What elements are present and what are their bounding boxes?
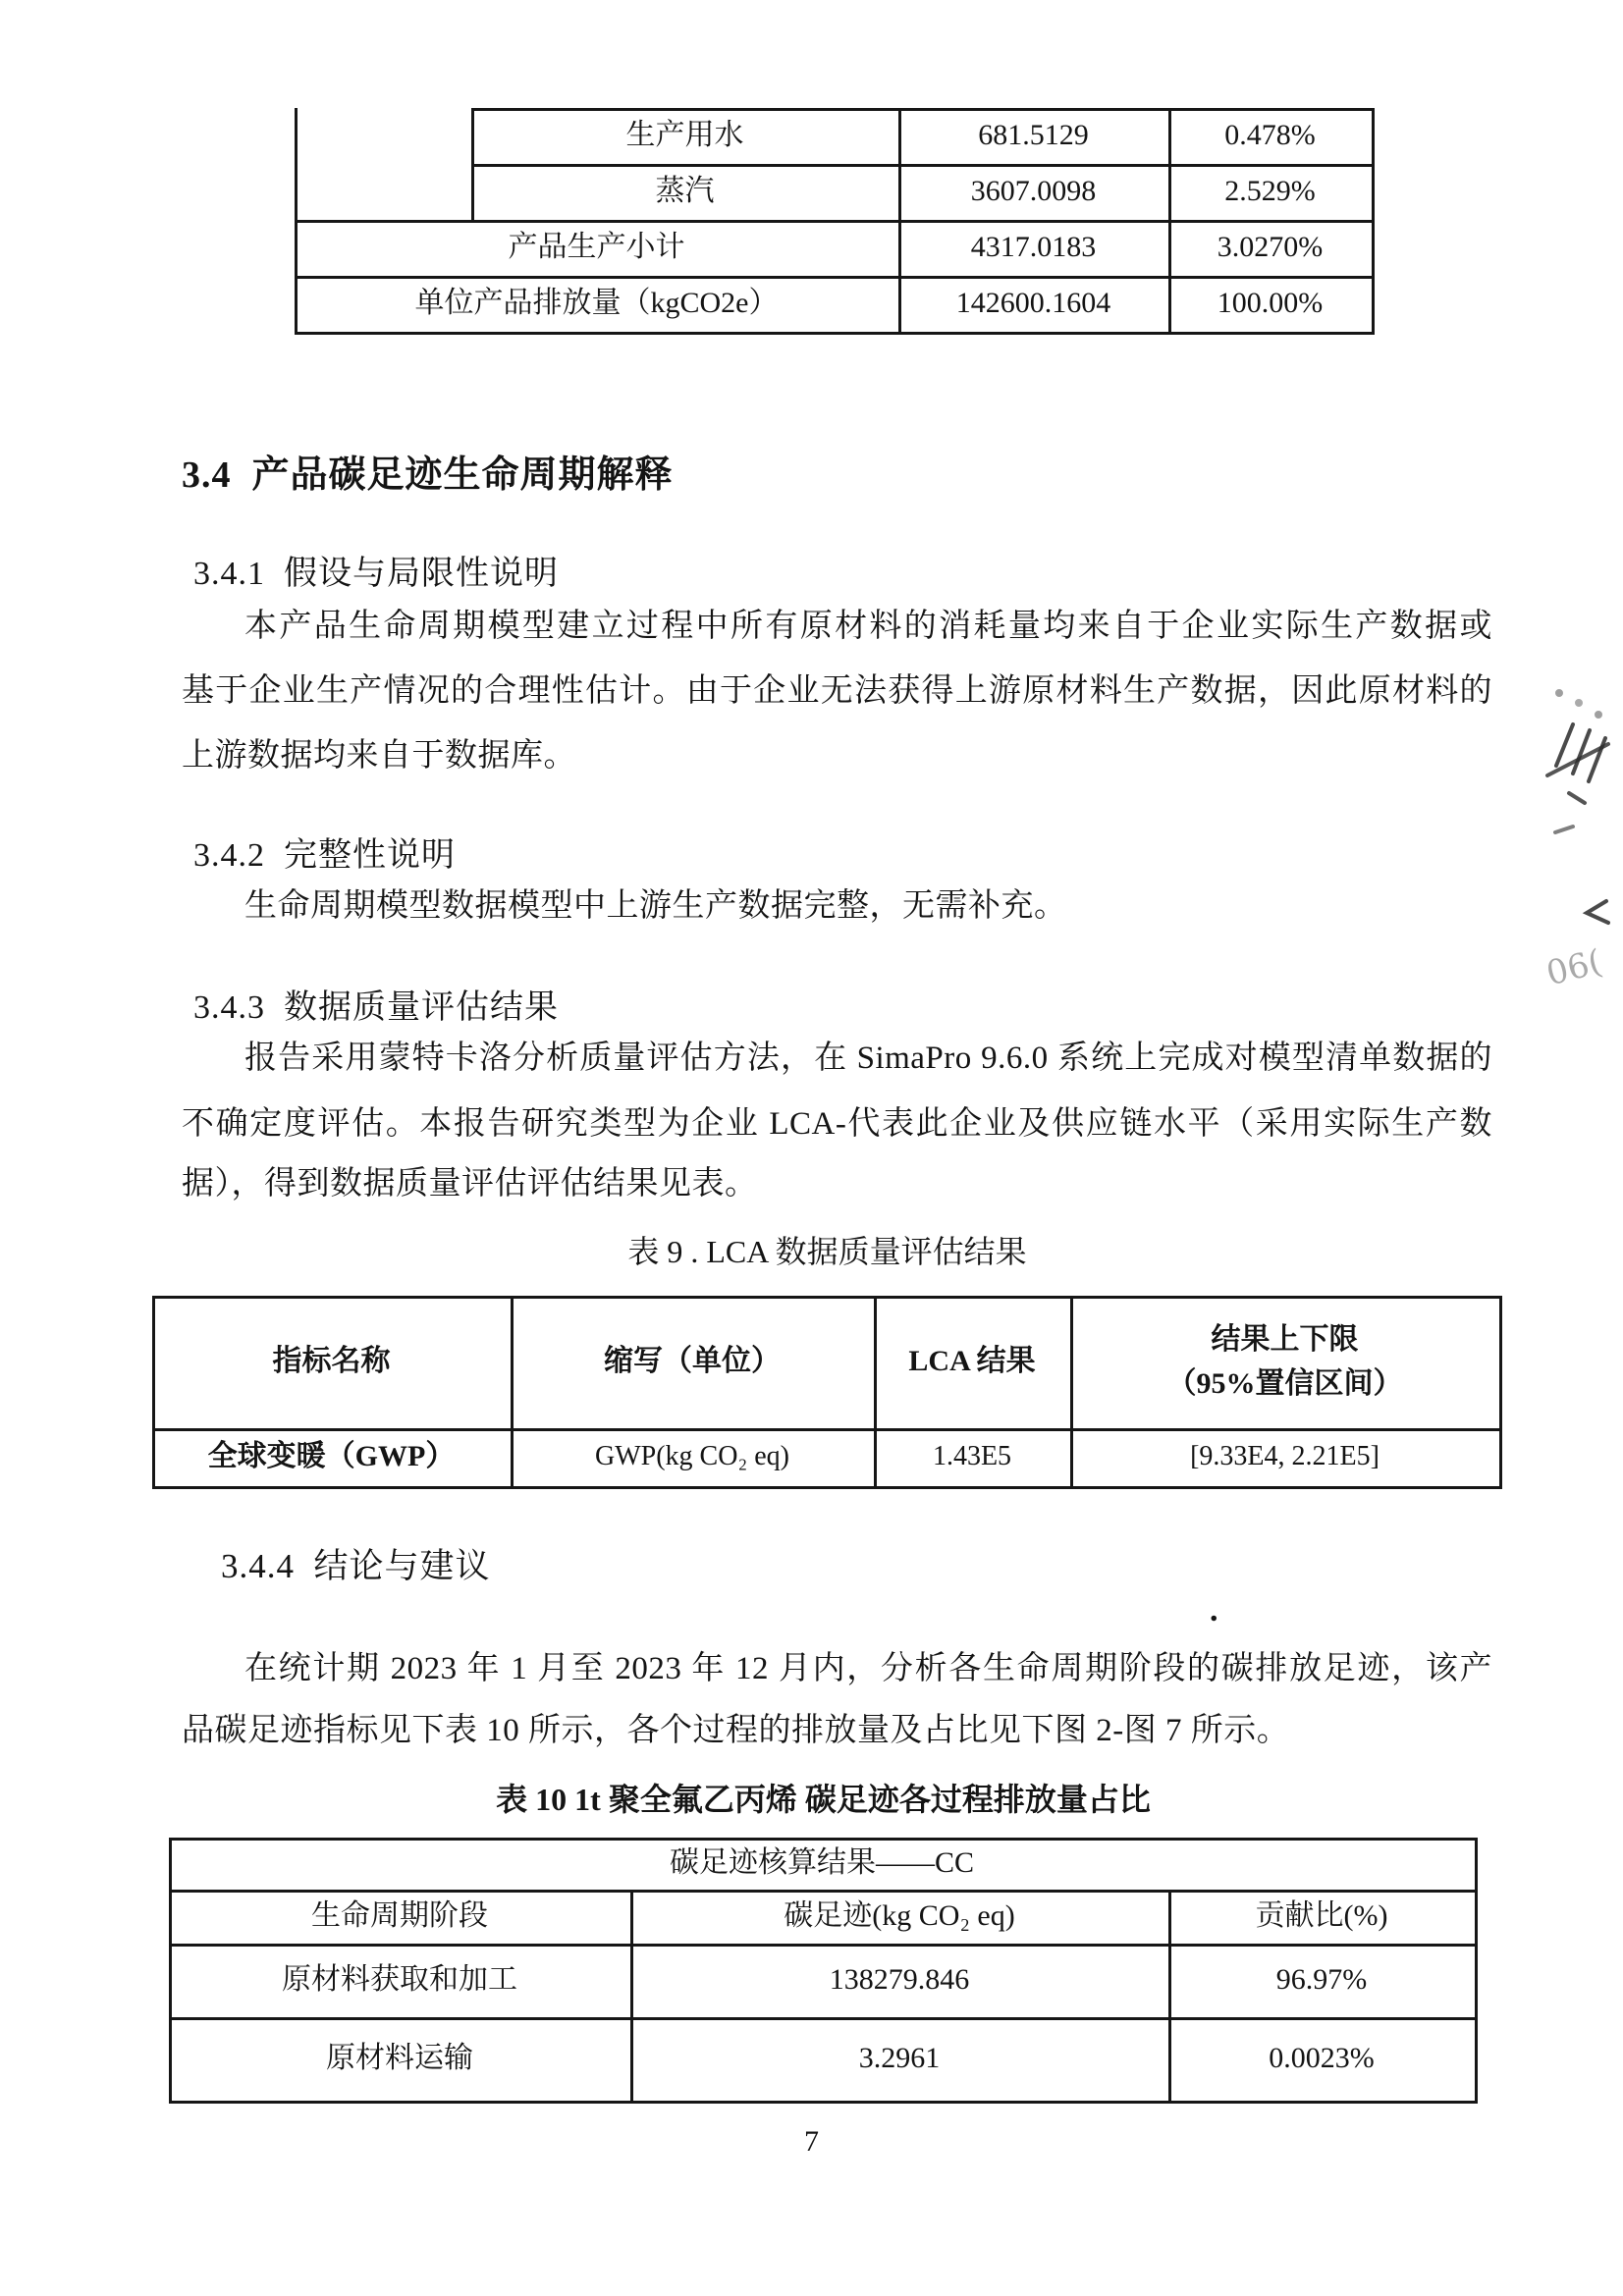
table-cell-label: 蒸汽 xyxy=(471,164,898,220)
table9-cell-result: 1.43E5 xyxy=(874,1428,1070,1486)
paragraph-line: 上游数据均来自于数据库。 xyxy=(182,736,1492,776)
table10-cell-percent: 0.0023% xyxy=(1168,2017,1475,2101)
table10-caption: 表 10 1t 聚全氟乙丙烯 碳足迹各过程排放量占比 xyxy=(169,1775,1478,1820)
section-heading-3-4-1: 3.4.1 假设与局限性说明 xyxy=(193,546,559,594)
lca-quality-table: 指标名称 缩写（单位） LCA 结果 结果上下限 （95%置信区间） 全球变暖（… xyxy=(152,1296,1502,1489)
table9-cell-range: [9.33E4, 2.21E5] xyxy=(1070,1428,1499,1486)
footprint-process-table: 碳足迹核算结果——CC 生命周期阶段 碳足迹(kg CO₂ eq) 贡献比(%)… xyxy=(169,1838,1478,2104)
table-rule xyxy=(1475,1838,1478,2104)
table10-header-footprint: 碳足迹(kg CO₂ eq) xyxy=(630,1890,1168,1944)
table9-header-range: 结果上下限 （95%置信区间） xyxy=(1070,1296,1499,1428)
paragraph-line: 在统计期 2023 年 1 月至 2023 年 12 月内，分析各生命周期阶段的… xyxy=(182,1649,1492,1689)
table-cell-value: 142600.1604 xyxy=(898,276,1168,332)
table9-caption: 表 9 . LCA 数据质量评估结果 xyxy=(152,1227,1502,1272)
table10-cell-stage: 原材料运输 xyxy=(169,2017,630,2101)
paragraph-line: 品碳足迹指标见下表 10 所示，各个过程的排放量及占比见下图 2-图 7 所示。 xyxy=(182,1711,1492,1751)
table10-cell-footprint: 3.2961 xyxy=(630,2017,1168,2101)
table10-header-percent: 贡献比(%) xyxy=(1168,1890,1475,1944)
table10-cell-percent: 96.97% xyxy=(1168,1944,1475,2017)
table-cell-percent: 2.529% xyxy=(1168,164,1372,220)
table9-cell-abbr: GWP(kg CO₂ eq) xyxy=(511,1428,874,1486)
table10-cell-stage: 原材料获取和加工 xyxy=(169,1944,630,2017)
table10-cell-footprint: 138279.846 xyxy=(630,1944,1168,2017)
stray-dot: . xyxy=(1210,1592,1218,1629)
table9-header-range-line1: 结果上下限 xyxy=(1212,1323,1359,1358)
table-rule xyxy=(1372,108,1375,335)
table-cell-percent: 0.478% xyxy=(1168,108,1372,164)
table-cell-percent: 100.00% xyxy=(1168,276,1372,332)
table-rule xyxy=(169,2101,1478,2104)
paragraph-line: 据），得到数据质量评估评估结果见表。 xyxy=(182,1164,1492,1204)
emission-summary-table: 生产用水 681.5129 0.478% 蒸汽 3607.0098 2.529%… xyxy=(295,108,1375,335)
svg-text:06(: 06( xyxy=(1542,942,1606,993)
table-cell-label: 产品生产小计 xyxy=(295,220,898,276)
section-heading-3-4-4: 3.4.4 结论与建议 xyxy=(221,1539,491,1588)
table9-header-result: LCA 结果 xyxy=(874,1296,1070,1428)
table9-header-abbr: 缩写（单位） xyxy=(511,1296,874,1428)
table-rule xyxy=(295,332,1375,335)
table-cell-value: 3607.0098 xyxy=(898,164,1168,220)
table-rule xyxy=(152,1486,1502,1489)
table-cell-label: 生产用水 xyxy=(471,108,898,164)
table10-title-row: 碳足迹核算结果——CC xyxy=(169,1838,1475,1890)
section-heading-3-4-3: 3.4.3 数据质量评估结果 xyxy=(193,980,559,1028)
paragraph-line: 生命周期模型数据模型中上游生产数据完整，无需补充。 xyxy=(182,886,1492,927)
table10-header-stage: 生命周期阶段 xyxy=(169,1890,630,1944)
paragraph-line: 本产品生命周期模型建立过程中所有原材料的消耗量均来自于企业实际生产数据或 xyxy=(182,607,1492,647)
table-cell-label: 单位产品排放量（kgCO2e） xyxy=(295,276,898,332)
section-heading-3-4-2: 3.4.2 完整性说明 xyxy=(193,828,456,876)
paragraph-line: 基于企业生产情况的合理性估计。由于企业无法获得上游原材料生产数据，因此原材料的 xyxy=(182,671,1492,712)
document-page: 生产用水 681.5129 0.478% 蒸汽 3607.0098 2.529%… xyxy=(0,0,1623,2296)
page-number: 7 xyxy=(0,2125,1623,2159)
table-cell-value: 4317.0183 xyxy=(898,220,1168,276)
paragraph-line: 报告采用蒙特卡洛分析质量评估方法，在 SimaPro 9.6.0 系统上完成对模… xyxy=(182,1039,1492,1079)
table-rule xyxy=(1499,1296,1502,1489)
table9-header-range-line2: （95%置信区间） xyxy=(1167,1367,1403,1402)
table9-header-indicator: 指标名称 xyxy=(152,1296,511,1428)
section-heading-3-4: 3.4 产品碳足迹生命周期解释 xyxy=(182,444,674,498)
paragraph-line: 不确定度评估。本报告研究类型为企业 LCA-代表此企业及供应链水平（采用实际生产… xyxy=(182,1104,1492,1145)
table-cell-value: 681.5129 xyxy=(898,108,1168,164)
handwriting-marks: 06( xyxy=(1512,628,1623,1041)
table9-cell-indicator: 全球变暖（GWP） xyxy=(152,1428,511,1486)
table-cell-percent: 3.0270% xyxy=(1168,220,1372,276)
